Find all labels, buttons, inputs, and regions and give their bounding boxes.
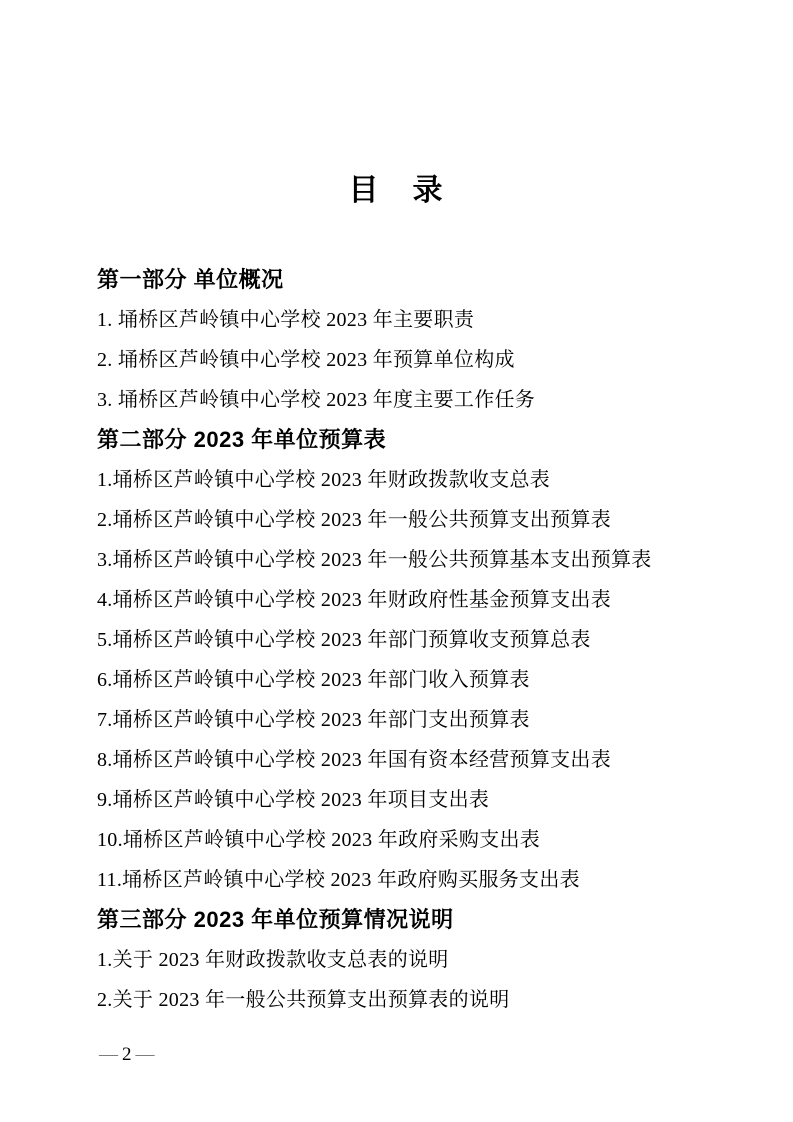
footer-dash-left: — [97,1044,120,1065]
footer-dash-right: — [134,1044,157,1065]
toc-item: 7.埇桥区芦岭镇中心学校 2023 年部门支出预算表 [97,700,793,740]
page-title: 目 录 [0,0,793,212]
toc-item: 10.埇桥区芦岭镇中心学校 2023 年政府采购支出表 [97,820,793,860]
toc-item: 1.埇桥区芦岭镇中心学校 2023 年财政拨款收支总表 [97,460,793,500]
toc-item: 9.埇桥区芦岭镇中心学校 2023 年项目支出表 [97,780,793,820]
toc-item: 4.埇桥区芦岭镇中心学校 2023 年财政府性基金预算支出表 [97,580,793,620]
toc-item: 2. 埇桥区芦岭镇中心学校 2023 年预算单位构成 [97,340,793,380]
section-heading-part1: 第一部分 单位概况 [97,260,793,300]
page-footer: —2— [97,1044,793,1066]
toc-item: 8.埇桥区芦岭镇中心学校 2023 年国有资本经营预算支出表 [97,740,793,780]
document-page: 目 录 第一部分 单位概况 1. 埇桥区芦岭镇中心学校 2023 年主要职责 2… [0,0,793,1122]
toc-item: 2.关于 2023 年一般公共预算支出预算表的说明 [97,980,793,1020]
toc-item: 1.关于 2023 年财政拨款收支总表的说明 [97,940,793,980]
toc-item: 3. 埇桥区芦岭镇中心学校 2023 年度主要工作任务 [97,380,793,420]
toc-item: 1. 埇桥区芦岭镇中心学校 2023 年主要职责 [97,300,793,340]
table-of-contents: 第一部分 单位概况 1. 埇桥区芦岭镇中心学校 2023 年主要职责 2. 埇桥… [97,260,793,1020]
section-heading-part3: 第三部分 2023 年单位预算情况说明 [97,900,793,940]
page-number: 2 [120,1044,134,1065]
toc-item: 6.埇桥区芦岭镇中心学校 2023 年部门收入预算表 [97,660,793,700]
toc-item: 5.埇桥区芦岭镇中心学校 2023 年部门预算收支预算总表 [97,620,793,660]
section-heading-part2: 第二部分 2023 年单位预算表 [97,420,793,460]
toc-item: 11.埇桥区芦岭镇中心学校 2023 年政府购买服务支出表 [97,860,793,900]
toc-item: 3.埇桥区芦岭镇中心学校 2023 年一般公共预算基本支出预算表 [97,540,793,580]
toc-item: 2.埇桥区芦岭镇中心学校 2023 年一般公共预算支出预算表 [97,500,793,540]
